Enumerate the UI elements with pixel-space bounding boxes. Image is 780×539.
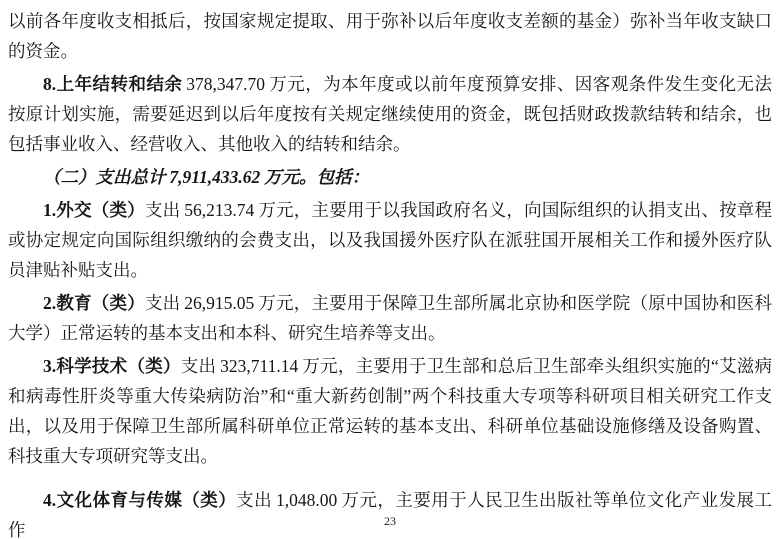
paragraph-item-2-education: 2.教育（类）支出26,915.05万元，主要用于保障卫生部所属北京协和医学院（… [8,288,772,348]
paragraph-carryover-continuation: 以前各年度收支相抵后，按国家规定提取、用于弥补以后年度收支差额的基金）弥补当年收… [8,6,772,66]
document-page: 以前各年度收支相抵后，按国家规定提取、用于弥补以后年度收支差额的基金）弥补当年收… [0,0,780,539]
label-expenditure: 支出 [145,200,180,220]
item-heading: 3.科学技术（类） [43,356,181,376]
subtotal-heading: （二）支出总计 [43,167,166,187]
paragraph-item-4-culture-media: 4.文化体育与传媒（类）支出1,048.00万元，主要用于人民卫生出版社等单位文… [8,485,772,539]
item-heading: 2.教育（类） [43,293,145,313]
item-heading: 8.上年结转和结余 [43,74,182,94]
label-expenditure: 支出 [145,293,180,313]
paragraph-item-1-diplomacy: 1.外交（类）支出56,213.74万元，主要用于以我国政府名义，向国际组织的认… [8,195,772,285]
paragraph-text: 以前各年度收支相抵后，按国家规定提取、用于弥补以后年度收支差额的基金）弥补当年收… [8,11,772,61]
item-heading: 4.文化体育与传媒（类） [43,490,236,510]
paragraph-text: 万元。包括： [264,167,369,187]
page-number: 23 [0,514,780,528]
amount-value: 26,915.05 [184,293,254,313]
amount-value: 378,347.70 [186,74,265,94]
label-expenditure: 支出 [181,356,217,376]
label-expenditure: 支出 [236,490,272,510]
amount-value: 323,711.14 [220,356,298,376]
amount-value: 1,048.00 [276,490,337,510]
paragraph-expenditure-total: （二）支出总计7,911,433.62万元。包括： [8,162,772,192]
amount-value: 56,213.74 [184,200,254,220]
amount-value: 7,911,433.62 [169,167,260,187]
item-heading: 1.外交（类） [43,200,145,220]
paragraph-item-3-science-technology: 3.科学技术（类）支出323,711.14万元，主要用于卫生部和总后卫生部牵头组… [8,351,772,471]
paragraph-item-8-prior-year-balance: 8.上年结转和结余378,347.70万元，为本年度或以前年度预算安排、因客观条… [8,69,772,159]
